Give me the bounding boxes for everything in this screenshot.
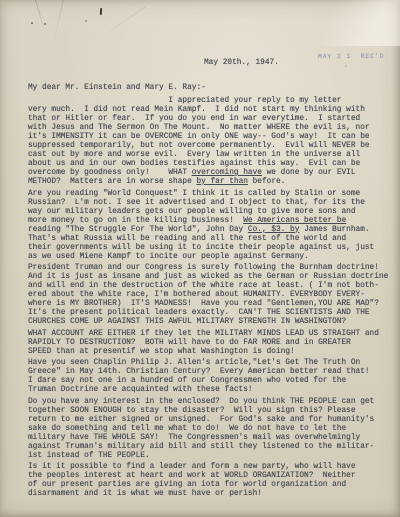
letter-line: and will end in the destruction of the w… — [28, 282, 394, 291]
letter-line: disarmament and it is what we must have … — [28, 490, 394, 499]
paragraph: Have you seen Chaplin Philip J. Allen's … — [28, 359, 394, 395]
letter-line: more money to go on in the killing busin… — [28, 217, 394, 226]
letter-line: the peoples interest at heart and work a… — [28, 472, 394, 481]
letter-line: CHURCHES COME UP AGAINST THIS AWFUL MILI… — [28, 318, 394, 327]
letter-line: that or Hitler or fear. If you do you en… — [28, 115, 394, 124]
paper-crease — [53, 0, 65, 44]
letter-line: very much. I did not read Mein Kampf. I … — [28, 106, 394, 115]
letter-line: with Jesus and The Sermon On The Mount. … — [28, 124, 394, 133]
letter-line: it's IMMENSITY it can be OVERCOME in onl… — [28, 133, 394, 142]
letter-line: METHOD? Matters are in worse shape by fa… — [28, 178, 394, 187]
paper-crease — [96, 6, 146, 41]
letter-line: And it is just as insane and just as wic… — [28, 273, 394, 282]
paper-corner-sheen — [280, 0, 400, 46]
letter-line: ist instead of THE PEOPLE. — [28, 452, 394, 461]
paragraph: Are you reading "World Conquest" I think… — [28, 190, 394, 262]
letter-line: Are you reading "World Conquest" I think… — [28, 190, 394, 199]
letter-line: as we used Miene Kampf to incite our peo… — [28, 253, 394, 262]
paper-crease — [35, 0, 47, 36]
letter-line: SPEED than at presentif we stop what Was… — [28, 348, 394, 357]
letter-line: It's the present political leaders exact… — [28, 309, 394, 318]
ink-blot — [100, 8, 103, 15]
paragraph: President Truman and our Congress is sur… — [28, 264, 394, 327]
letter-line: overcome by goodness only! WHAT overcomi… — [28, 169, 394, 178]
letter-line: of our present parties are giving an iot… — [28, 481, 394, 490]
letter-line: way our military leaders gets our people… — [28, 208, 394, 217]
letter-line: cast out by more and worse evil. Every l… — [28, 151, 394, 160]
letter-line: return to me either signed or unsigned. … — [28, 416, 394, 425]
paragraph: WHAT ACCOUNT ARE EITHER if they let the … — [28, 330, 394, 357]
letter-line: That's what Russia will be reading and a… — [28, 235, 394, 244]
letter-line: where is MY BROTHER) IT'S MADNESS! Have … — [28, 300, 394, 309]
letter-line: I dare say not one in a hundred of our C… — [28, 377, 394, 386]
paper-speck — [44, 23, 46, 25]
paragraph: Do you have any interest in the enclosed… — [28, 398, 394, 461]
letter-page: May 20th., 1947. MAY 2 1 REC'D 2 My dear… — [0, 0, 400, 517]
paper-speck — [31, 22, 33, 24]
letter-line: against Truman's military aid bill and s… — [28, 443, 394, 452]
letter-line: reading "The Struggle For The World", Jo… — [28, 226, 394, 235]
letter-line: their governments will be using it to in… — [28, 244, 394, 253]
letter-line: Russian? L'm not. I see it advertised an… — [28, 199, 394, 208]
letter-line: military have THE WHOLE SAY! The Congres… — [28, 434, 394, 443]
letter-line: I appreciated your reply to my letter — [28, 97, 394, 106]
letter-line: WHAT ACCOUNT ARE EITHER if they let the … — [28, 330, 394, 339]
letter-line: Greece" in May 14th. Christian Century? … — [28, 368, 394, 377]
letter-body: I appreciated your reply to my letterver… — [28, 97, 394, 502]
letter-line: sake do something and tell me what to do… — [28, 425, 394, 434]
letter-line: Do you have any interest in the enclosed… — [28, 398, 394, 407]
date-line: May 20th., 1947. — [204, 59, 279, 68]
letter-line: Have you seen Chaplin Philip J. Allen's … — [28, 359, 394, 368]
letter-line: RAPIDLY TO DESTRUCTION? BOTH will have t… — [28, 339, 394, 348]
paragraph: Is it it possible to find a leader and f… — [28, 463, 394, 499]
received-stamp: MAY 2 1 REC'D — [318, 53, 384, 61]
received-stamp-mark: 2 — [344, 62, 347, 69]
paper-speck — [85, 20, 87, 22]
letter-line: Is it it possible to find a leader and f… — [28, 463, 394, 472]
letter-line: suppressed temporarily, but not overcome… — [28, 142, 394, 151]
letter-line: Truman Doctrine are acquainted with thes… — [28, 386, 394, 395]
salutation: My dear Mr. Einstein and Mary E. Ray:- — [28, 84, 206, 93]
letter-line: President Truman and our Congress is sur… — [28, 264, 394, 273]
letter-line: together SOON ENOUGH to stay the disaste… — [28, 407, 394, 416]
letter-line: about us and in our own bodies testifies… — [28, 160, 394, 169]
letter-line: ered about the white race, I'm bothered … — [28, 291, 394, 300]
paragraph: I appreciated your reply to my letterver… — [28, 97, 394, 187]
